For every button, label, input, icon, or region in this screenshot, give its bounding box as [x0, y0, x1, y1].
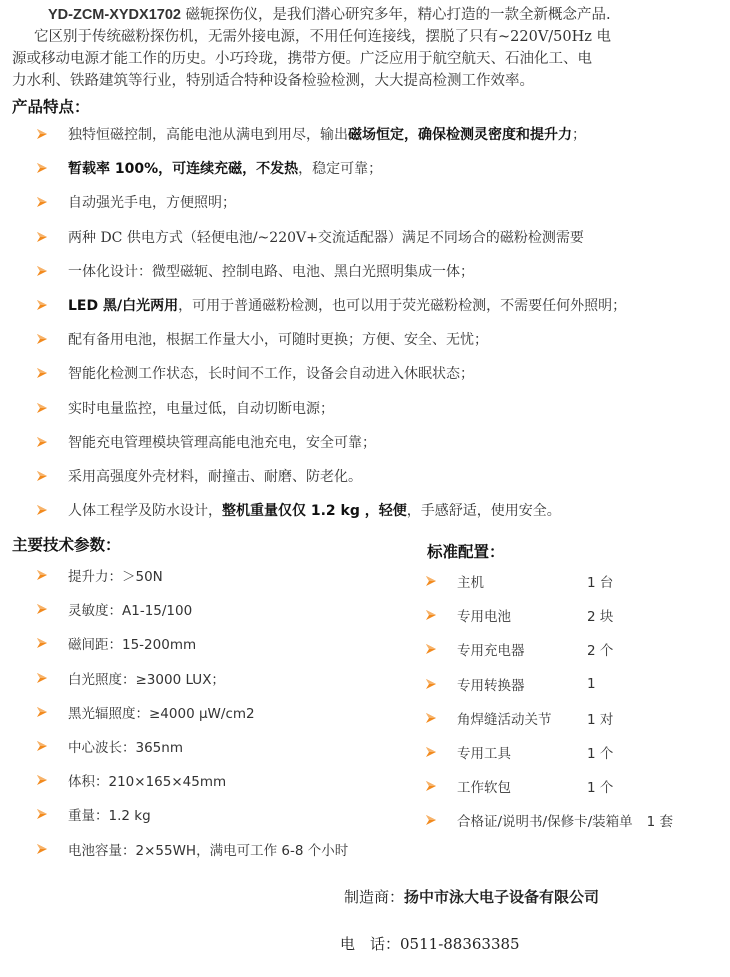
- arrow-bullet-icon: [36, 402, 48, 414]
- arrow-bullet-icon: [425, 678, 437, 690]
- spec-item: 磁间距：15-200mm: [36, 633, 196, 653]
- arrow-bullet-icon: [36, 706, 48, 718]
- config-item-name: 角焊缝活动关节: [457, 708, 587, 728]
- features-heading: 产品特点：: [12, 95, 90, 117]
- spec-text: 提升力：＞50N: [68, 565, 163, 585]
- intro-line-2: 它区别于传统磁粉探伤机，无需外接电源，不用任何连接线，摆脱了只有~220V/50…: [34, 26, 611, 48]
- config-item: 专用转换器1: [425, 674, 596, 694]
- feature-text: LED 黑/白光两用，可用于普通磁粉检测，也可以用于荧光磁粉检测，不需要任何外照…: [68, 295, 626, 315]
- feature-text: 独特恒磁控制，高能电池从满电到用尽，输出磁场恒定，确保检测灵密度和提升力；: [68, 124, 586, 144]
- feature-item: LED 黑/白光两用，可用于普通磁粉检测，也可以用于荧光磁粉检测，不需要任何外照…: [36, 295, 626, 315]
- feature-item: 两种 DC 供电方式（轻便电池/~220V+交流适配器）满足不同场合的磁粉检测需…: [36, 227, 584, 247]
- feature-item: 实时电量监控，电量过低，自动切断电源；: [36, 398, 334, 418]
- config-item: 专用电池2 块: [425, 605, 613, 625]
- intro-line-4: 力水利、铁路建筑等行业，特别适合特种设备检验检测，大大提高检测工作效率。: [12, 70, 534, 92]
- config-item-name: 工作软包: [457, 776, 587, 796]
- arrow-bullet-icon: [36, 672, 48, 684]
- phone: 电 话：0511-88363385: [340, 933, 520, 954]
- config-item-name: 专用工具: [457, 742, 587, 762]
- arrow-bullet-icon: [425, 814, 437, 826]
- spec-text: 白光照度：≥3000 LUX；: [68, 668, 225, 688]
- config-heading: 标准配置：: [427, 540, 505, 562]
- config-item-qty: 1 台: [587, 571, 613, 591]
- feature-item: 智能充电管理模块管理高能电池充电，安全可靠；: [36, 432, 376, 452]
- arrow-bullet-icon: [425, 643, 437, 655]
- config-item-qty: 2 块: [587, 605, 613, 625]
- feature-text: 人体工程学及防水设计，整机重量仅仅 1.2 kg ，轻便，手感舒适，使用安全。: [68, 500, 561, 520]
- feature-text: 智能化检测工作状态，长时间不工作，设备会自动进入休眠状态；: [68, 363, 474, 383]
- feature-text: 自动强光手电，方便照明；: [68, 192, 236, 212]
- config-item-qty: 1: [587, 676, 596, 692]
- arrow-bullet-icon: [36, 162, 48, 174]
- config-item: 角焊缝活动关节1 对: [425, 708, 613, 728]
- config-item-name: 专用充电器: [457, 639, 587, 659]
- arrow-bullet-icon: [36, 128, 48, 140]
- feature-text: 两种 DC 供电方式（轻便电池/~220V+交流适配器）满足不同场合的磁粉检测需…: [68, 227, 584, 247]
- arrow-bullet-icon: [36, 436, 48, 448]
- config-item-qty: 1 个: [587, 776, 613, 796]
- config-item: 专用充电器2 个: [425, 639, 613, 659]
- arrow-bullet-icon: [425, 609, 437, 621]
- spec-text: 黑光辐照度：≥4000 μW/cm2: [68, 702, 255, 722]
- intro-line-3: 源或移动电源才能工作的历史。小巧玲珑，携带方便。广泛应用于航空航天、石油化工、电: [12, 48, 592, 70]
- feature-item: 自动强光手电，方便照明；: [36, 192, 236, 212]
- feature-item: 配有备用电池，根据工作量大小，可随时更换；方便、安全、无忧；: [36, 329, 488, 349]
- spec-item: 电池容量：2×55WH，满电可工作 6-8 个小时: [36, 839, 348, 859]
- feature-text: 配有备用电池，根据工作量大小，可随时更换；方便、安全、无忧；: [68, 329, 488, 349]
- arrow-bullet-icon: [36, 333, 48, 345]
- spec-text: 磁间距：15-200mm: [68, 633, 196, 653]
- arrow-bullet-icon: [36, 470, 48, 482]
- manufacturer-label: 制造商：: [344, 888, 404, 906]
- feature-text: 一体化设计：微型磁轭、控制电路、电池、黑白光照明集成一体；: [68, 261, 474, 281]
- arrow-bullet-icon: [425, 712, 437, 724]
- feature-text: 智能充电管理模块管理高能电池充电，安全可靠；: [68, 432, 376, 452]
- config-item: 工作软包1 个: [425, 776, 613, 796]
- spec-text: 电池容量：2×55WH，满电可工作 6-8 个小时: [68, 839, 348, 859]
- config-item-qty: 1 个: [587, 742, 613, 762]
- manufacturer: 制造商：扬中市泳大电子设备有限公司: [344, 886, 599, 907]
- config-item-qty: 1 对: [587, 708, 613, 728]
- spec-item: 灵敏度：A1-15/100: [36, 599, 192, 619]
- spec-item: 提升力：＞50N: [36, 565, 163, 585]
- arrow-bullet-icon: [36, 603, 48, 615]
- config-item-name: 专用转换器: [457, 674, 587, 694]
- arrow-bullet-icon: [425, 746, 437, 758]
- config-item-name: 合格证/说明书/保修卡/装箱单: [457, 810, 633, 830]
- spec-text: 体积：210×165×45mm: [68, 770, 226, 790]
- spec-text: 中心波长：365nm: [68, 736, 183, 756]
- config-item-qty: 1 套: [647, 810, 673, 830]
- config-item: 专用工具1 个: [425, 742, 613, 762]
- feature-item: 人体工程学及防水设计，整机重量仅仅 1.2 kg ，轻便，手感舒适，使用安全。: [36, 500, 561, 520]
- arrow-bullet-icon: [425, 575, 437, 587]
- feature-item: 暂载率 100%，可连续充磁，不发热，稳定可靠；: [36, 158, 382, 178]
- arrow-bullet-icon: [36, 774, 48, 786]
- model-number: YD-ZCM-XYDX1702: [48, 7, 181, 23]
- arrow-bullet-icon: [36, 843, 48, 855]
- company-name: 扬中市泳大电子设备有限公司: [404, 888, 599, 906]
- feature-item: 采用高强度外壳材料，耐撞击、耐磨、防老化。: [36, 466, 362, 486]
- config-item-name: 主机: [457, 571, 587, 591]
- feature-text: 采用高强度外壳材料，耐撞击、耐磨、防老化。: [68, 466, 362, 486]
- arrow-bullet-icon: [36, 367, 48, 379]
- arrow-bullet-icon: [36, 740, 48, 752]
- intro-line-1: YD-ZCM-XYDX1702 磁轭探伤仪，是我们潜心研究多年，精心打造的一款全…: [48, 4, 611, 26]
- spec-item: 黑光辐照度：≥4000 μW/cm2: [36, 702, 255, 722]
- arrow-bullet-icon: [36, 299, 48, 311]
- spec-text: 灵敏度：A1-15/100: [68, 599, 192, 619]
- specs-heading: 主要技术参数：: [12, 533, 121, 555]
- arrow-bullet-icon: [36, 569, 48, 581]
- arrow-bullet-icon: [425, 780, 437, 792]
- config-item: 合格证/说明书/保修卡/装箱单1 套: [425, 810, 673, 830]
- spec-item: 重量：1.2 kg: [36, 804, 151, 824]
- feature-item: 一体化设计：微型磁轭、控制电路、电池、黑白光照明集成一体；: [36, 261, 474, 281]
- phone-label: 电 话：: [340, 935, 400, 953]
- spec-item: 体积：210×165×45mm: [36, 770, 226, 790]
- arrow-bullet-icon: [36, 504, 48, 516]
- feature-text: 暂载率 100%，可连续充磁，不发热，稳定可靠；: [68, 158, 382, 178]
- arrow-bullet-icon: [36, 196, 48, 208]
- spec-text: 重量：1.2 kg: [68, 804, 151, 824]
- arrow-bullet-icon: [36, 265, 48, 277]
- phone-number: 0511-88363385: [400, 935, 520, 953]
- feature-item: 智能化检测工作状态，长时间不工作，设备会自动进入休眠状态；: [36, 363, 474, 383]
- config-item-name: 专用电池: [457, 605, 587, 625]
- arrow-bullet-icon: [36, 637, 48, 649]
- arrow-bullet-icon: [36, 808, 48, 820]
- spec-item: 白光照度：≥3000 LUX；: [36, 668, 225, 688]
- config-item: 主机1 台: [425, 571, 613, 591]
- config-item-qty: 2 个: [587, 639, 613, 659]
- feature-text: 实时电量监控，电量过低，自动切断电源；: [68, 398, 334, 418]
- feature-item: 独特恒磁控制，高能电池从满电到用尽，输出磁场恒定，确保检测灵密度和提升力；: [36, 124, 586, 144]
- arrow-bullet-icon: [36, 231, 48, 243]
- spec-item: 中心波长：365nm: [36, 736, 183, 756]
